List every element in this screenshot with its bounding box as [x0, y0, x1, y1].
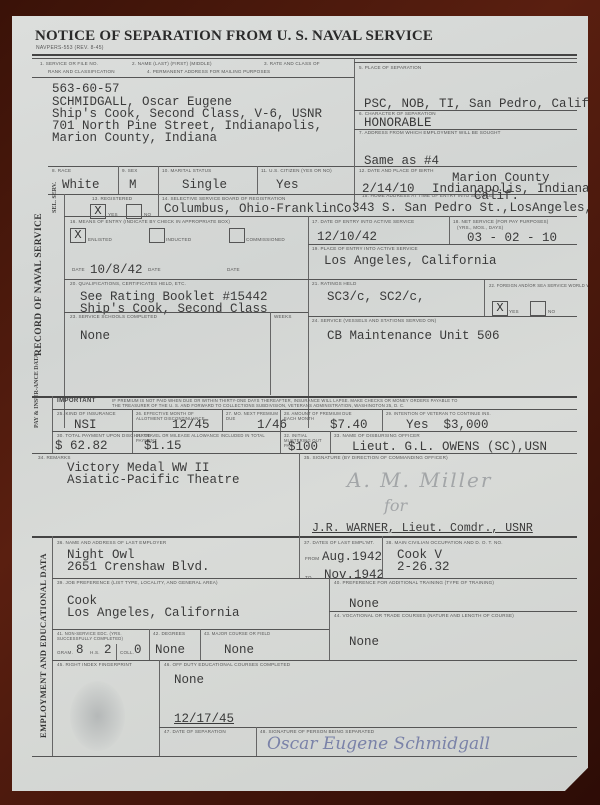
label-citizen: 11. U.S. CITIZEN (YES OR NO)	[261, 168, 332, 173]
divider	[52, 409, 577, 410]
section-employment-educational: EMPLOYMENT AND EDUCATIONAL DATA	[38, 553, 48, 738]
divider	[159, 727, 577, 728]
label-service-schools: 23. SERVICE SCHOOLS COMPLETED	[70, 314, 157, 319]
divider	[52, 536, 53, 756]
label-grammar: GRAM.	[57, 650, 73, 655]
service-schools: None	[80, 330, 110, 343]
label-race: 8. RACE	[52, 168, 71, 173]
divider	[52, 629, 329, 630]
label-job-preference: 39. JOB PREFERENCE (LIST TYPE, LOCALITY,…	[57, 580, 218, 585]
label-sex: 9. SEX	[122, 168, 138, 173]
label-service-no: 1. SERVICE OR FILE NO.	[40, 61, 98, 66]
label-civilian-occupation: 38. MAIN CIVILIAN OCCUPATION AND D. O. T…	[386, 540, 503, 545]
label-active-service-date: 17. DATE OF ENTRY INTO ACTIVE SERVICE	[312, 219, 414, 224]
label-separation-date: 47. DATE OF SEPARATION	[164, 729, 226, 734]
divider	[118, 166, 119, 194]
label-net-service: 18. NET SERVICE (FOR PAY PURPOSES)	[453, 219, 548, 224]
label-selective-board: 14. SELECTIVE SERVICE BOARD OF REGISTRAT…	[162, 196, 286, 201]
divider	[32, 453, 577, 454]
additional-training: None	[349, 598, 379, 611]
education-college: 0	[134, 644, 142, 657]
label-birth: 12. DATE AND PLACE OF BIRTH	[359, 168, 434, 173]
divider	[354, 166, 355, 206]
label-weeks: WEEKS	[274, 314, 292, 319]
travel-allowance: $1.15	[144, 440, 182, 453]
label-foreign-service: 22. FOREIGN AND/OR SEA SERVICE WORLD WAR…	[489, 283, 600, 288]
label-means-of-entry: 16. MEANS OF ENTRY (INDICATE BY CHECK IN…	[70, 219, 230, 224]
label-place-of-entry: 19. PLACE OF ENTRY INTO ACTIVE SERVICE	[312, 246, 418, 251]
label-qualifications: 20. QUALIFICATIONS, CERTIFICATES HELD, E…	[70, 281, 186, 286]
citizen: Yes	[276, 179, 299, 192]
separation-notice-document: NOTICE OF SEPARATION FROM U. S. NAVAL SE…	[12, 16, 588, 791]
label-home-address: 15. HOME ADDRESS AT TIME OF ENTRY INTO S…	[362, 193, 492, 198]
commissioned-checkbox[interactable]	[229, 228, 245, 243]
label-place-of-separation: 5. PLACE OF SEPARATION	[359, 65, 421, 70]
divider	[52, 578, 577, 579]
co-signature-for: for	[384, 496, 407, 515]
divider	[329, 578, 330, 660]
label-commissioned: COMMISSIONED	[246, 237, 285, 242]
entry-date: 10/8/42	[90, 264, 143, 277]
divider	[299, 453, 300, 538]
label-net-service-units: (YRS., MOS., DAYS)	[457, 225, 503, 230]
label-date-inducted: DATE	[148, 267, 161, 272]
divider	[48, 166, 577, 167]
divider	[32, 58, 577, 59]
co-signature: A. M. Miller	[347, 468, 492, 492]
section-naval-service: RECORD OF NAVAL SERVICE	[34, 213, 44, 356]
divider	[32, 756, 577, 757]
divider	[64, 194, 65, 428]
off-duty-courses: None	[174, 674, 204, 687]
label-foreign-no: NO	[548, 309, 555, 314]
place-of-entry: Los Angeles, California	[324, 255, 497, 268]
divider	[256, 727, 257, 756]
degrees: None	[155, 644, 185, 657]
important-heading: IMPORTANT	[57, 398, 96, 404]
divider	[449, 216, 450, 244]
label-off-duty-courses: 46. OFF DUTY EDUCATIONAL COURSES COMPLET…	[164, 662, 290, 667]
divider	[52, 431, 577, 432]
label-marital-status: 10. MARITAL STATUS	[162, 168, 211, 173]
label-registered: 13. REGISTERED	[92, 196, 132, 201]
last-employer-line2: 2651 Crenshaw Blvd.	[67, 561, 210, 574]
label-last-employer: 36. NAME AND ADDRESS OF LAST EMPLOYER	[57, 540, 166, 545]
divider	[200, 629, 201, 660]
label-vocational-courses: 44. VOCATIONAL OR TRADE COURSES (NATURE …	[334, 613, 514, 618]
permanent-address-line2: Marion County, Indiana	[52, 132, 217, 145]
important-notice-line2: THE TREASURER OF THE U. S. AND FORWARD T…	[112, 403, 405, 408]
divider	[382, 536, 383, 578]
divider	[257, 166, 258, 194]
divider	[308, 244, 577, 245]
major-course: None	[224, 644, 254, 657]
home-address: 343 S. San Pedro St.,LosAngeles,	[352, 202, 592, 215]
divider	[354, 62, 577, 63]
total-payment: $ 62.82	[55, 440, 108, 453]
race: White	[62, 179, 100, 192]
label-foreign-yes: YES	[509, 309, 519, 314]
label-continue-insurance: 29. INTENTION OF VETERAN TO CONTINUE INS…	[386, 411, 491, 416]
label-dates-last-employment: 37. DATES OF LAST EMPL'MT.	[304, 540, 374, 545]
foreign-service-yes-checkbox[interactable]: X	[492, 301, 508, 316]
label-fingerprint: 45. RIGHT INDEX FINGERPRINT	[57, 662, 132, 667]
label-co-signature: 35. SIGNATURE (BY DIRECTION OF COMMANDIN…	[304, 455, 448, 460]
label-college: COLL.	[120, 650, 134, 655]
document-title: NOTICE OF SEPARATION FROM U. S. NAVAL SE…	[35, 28, 433, 45]
label-insurance-kind: 25. KIND OF INSURANCE	[57, 411, 116, 416]
divider	[52, 396, 53, 453]
label-ratings-held: 21. RATINGS HELD	[312, 281, 356, 286]
marital-status: Single	[182, 179, 227, 192]
ratings-held: SC3/c, SC2/c,	[327, 291, 425, 304]
label-remarks: 34. REMARKS	[38, 455, 71, 460]
label-enlisted: ENLISTED	[88, 237, 112, 242]
education-high-school: 2	[104, 644, 112, 657]
co-typed-name: J.R. WARNER, Lieut. Comdr., USNR	[312, 522, 533, 535]
active-service-date: 12/10/42	[317, 231, 377, 244]
label-date-commissioned: DATE	[227, 267, 240, 272]
vocational-courses: None	[349, 636, 379, 649]
divider	[116, 644, 117, 660]
divider	[32, 54, 577, 56]
divider	[32, 536, 577, 538]
divider	[64, 312, 308, 313]
job-preference-line2: Los Angeles, California	[67, 607, 240, 620]
employment-from: Aug.1942	[322, 551, 382, 564]
divider	[159, 660, 160, 756]
divider	[52, 660, 577, 661]
label-non-service-education: 41. NON-SERVICE EDC. (YRS. SUCCESSFULLY …	[57, 631, 127, 641]
service-vessels: CB Maintenance Unit 506	[327, 330, 500, 343]
education-grammar: 8	[76, 644, 84, 657]
sex: M	[129, 179, 137, 192]
divider	[299, 536, 300, 578]
section-pay-insurance: PAY & INSUR-ANCE DATA	[34, 354, 40, 428]
divider	[270, 312, 271, 395]
label-date-enlisted: DATE	[72, 267, 85, 272]
registered-side-label: SEL. SERV.	[52, 182, 58, 213]
divider	[158, 194, 159, 216]
fingerprint-smudge	[70, 681, 125, 751]
label-permanent-address: 4. PERMANENT ADDRESS FOR MAILING PURPOSE…	[147, 69, 270, 74]
form-number: NAVPERS-553 (REV. 8-45)	[36, 45, 104, 51]
divider	[64, 216, 577, 217]
label-rank-classification: RANK AND CLASSIFICATION	[48, 69, 115, 74]
label-name: 2. NAME (LAST) (FIRST) (MIDDLE)	[132, 61, 212, 66]
divider	[484, 280, 485, 316]
divider	[329, 611, 577, 612]
divider	[158, 166, 159, 194]
label-disbursing-officer: 33. NAME OF DISBURSING OFFICER	[334, 433, 420, 438]
foreign-service-no-checkbox[interactable]	[530, 301, 546, 316]
label-additional-training: 40. PREFERENCE FOR ADDITIONAL TRAINING (…	[334, 580, 494, 585]
veteran-signature: Oscar Eugene Schmidgall	[267, 734, 490, 754]
label-from: FROM	[305, 556, 319, 561]
label-major-course: 43. MAJOR COURSE OR FIELD	[204, 631, 270, 636]
divider	[149, 629, 150, 660]
label-degrees: 42. DEGREES	[153, 631, 185, 636]
selective-board: Columbus, Ohio-FranklinCo.	[164, 203, 359, 216]
divider	[222, 409, 223, 431]
divider	[32, 77, 354, 78]
inducted-checkbox[interactable]	[149, 228, 165, 243]
enlisted-checkbox[interactable]: X	[70, 228, 86, 243]
divider	[382, 409, 383, 431]
label-employment-address: 7. ADDRESS FROM WHICH EMPLOYMENT WILL BE…	[359, 130, 501, 135]
remarks-line2: Asiatic-Pacific Theatre	[67, 474, 240, 487]
occupation-line2: 2-26.32	[397, 561, 450, 574]
separation-date: 12/17/45	[174, 713, 234, 726]
divider	[330, 431, 331, 453]
divider	[64, 279, 577, 280]
divider	[308, 316, 577, 317]
label-service-vessels: 24. SERVICE (VESSELS AND STATIONS SERVED…	[312, 318, 436, 323]
label-inducted: INDUCTED	[166, 237, 191, 242]
label-rate: 3. RATE AND CLASS OF	[264, 61, 320, 66]
label-high-school: H.S.	[90, 650, 100, 655]
